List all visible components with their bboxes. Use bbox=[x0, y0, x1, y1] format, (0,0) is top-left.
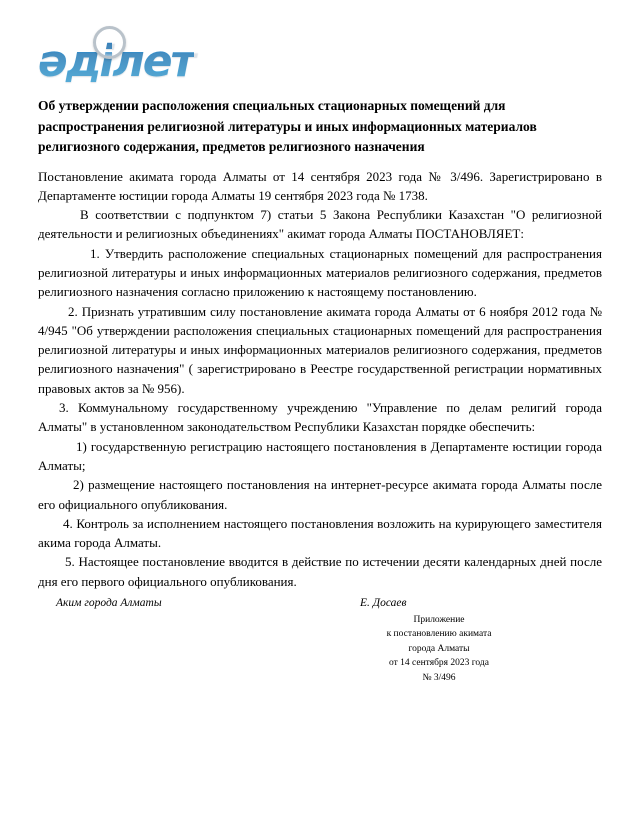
logo-text-prefix: әд bbox=[38, 36, 99, 87]
logo-wordmark: әділет bbox=[38, 38, 194, 86]
adilet-logo: әділет bbox=[38, 28, 602, 86]
document-page: әділет Об утверждении расположения специ… bbox=[0, 28, 640, 685]
document-paragraph: 5. Настоящее постановление вводится в де… bbox=[38, 552, 602, 591]
document-paragraph: 1) государственную регистрацию настоящег… bbox=[38, 437, 602, 476]
appendix-line: города Алматы bbox=[334, 642, 544, 656]
logo-letter-i-glyph: і bbox=[99, 36, 112, 87]
signatory-name: Е. Досаев bbox=[360, 595, 407, 611]
document-paragraph: 4. Контроль за исполнением настоящего по… bbox=[38, 514, 602, 553]
appendix-block: Приложениек постановлению акиматагорода … bbox=[334, 613, 544, 685]
signature-row: Аким города Алматы Е. Досаев bbox=[38, 595, 602, 611]
document-title: Об утверждении расположения специальных … bbox=[38, 96, 594, 158]
document-paragraph: 2. Признать утратившим силу постановлени… bbox=[38, 302, 602, 398]
document-paragraph: 2) размещение настоящего постановления н… bbox=[38, 475, 602, 514]
appendix-line: Приложение bbox=[334, 613, 544, 627]
appendix-line: № 3/496 bbox=[334, 671, 544, 685]
document-paragraph: 3. Коммунальному государственному учрежд… bbox=[38, 398, 602, 437]
signatory-title: Аким города Алматы bbox=[56, 597, 162, 609]
document-paragraph: Постановление акимата города Алматы от 1… bbox=[38, 167, 602, 206]
logo-text-suffix: лет bbox=[112, 36, 194, 87]
document-paragraph: В соответствии с подпунктом 7) статьи 5 … bbox=[38, 205, 602, 244]
logo-letter-i: і bbox=[99, 38, 112, 86]
appendix-line: к постановлению акимата bbox=[334, 627, 544, 641]
appendix-line: от 14 сентября 2023 года bbox=[334, 656, 544, 670]
document-body: Постановление акимата города Алматы от 1… bbox=[38, 167, 602, 592]
document-paragraph: 1. Утвердить расположение специальных ст… bbox=[38, 244, 602, 302]
